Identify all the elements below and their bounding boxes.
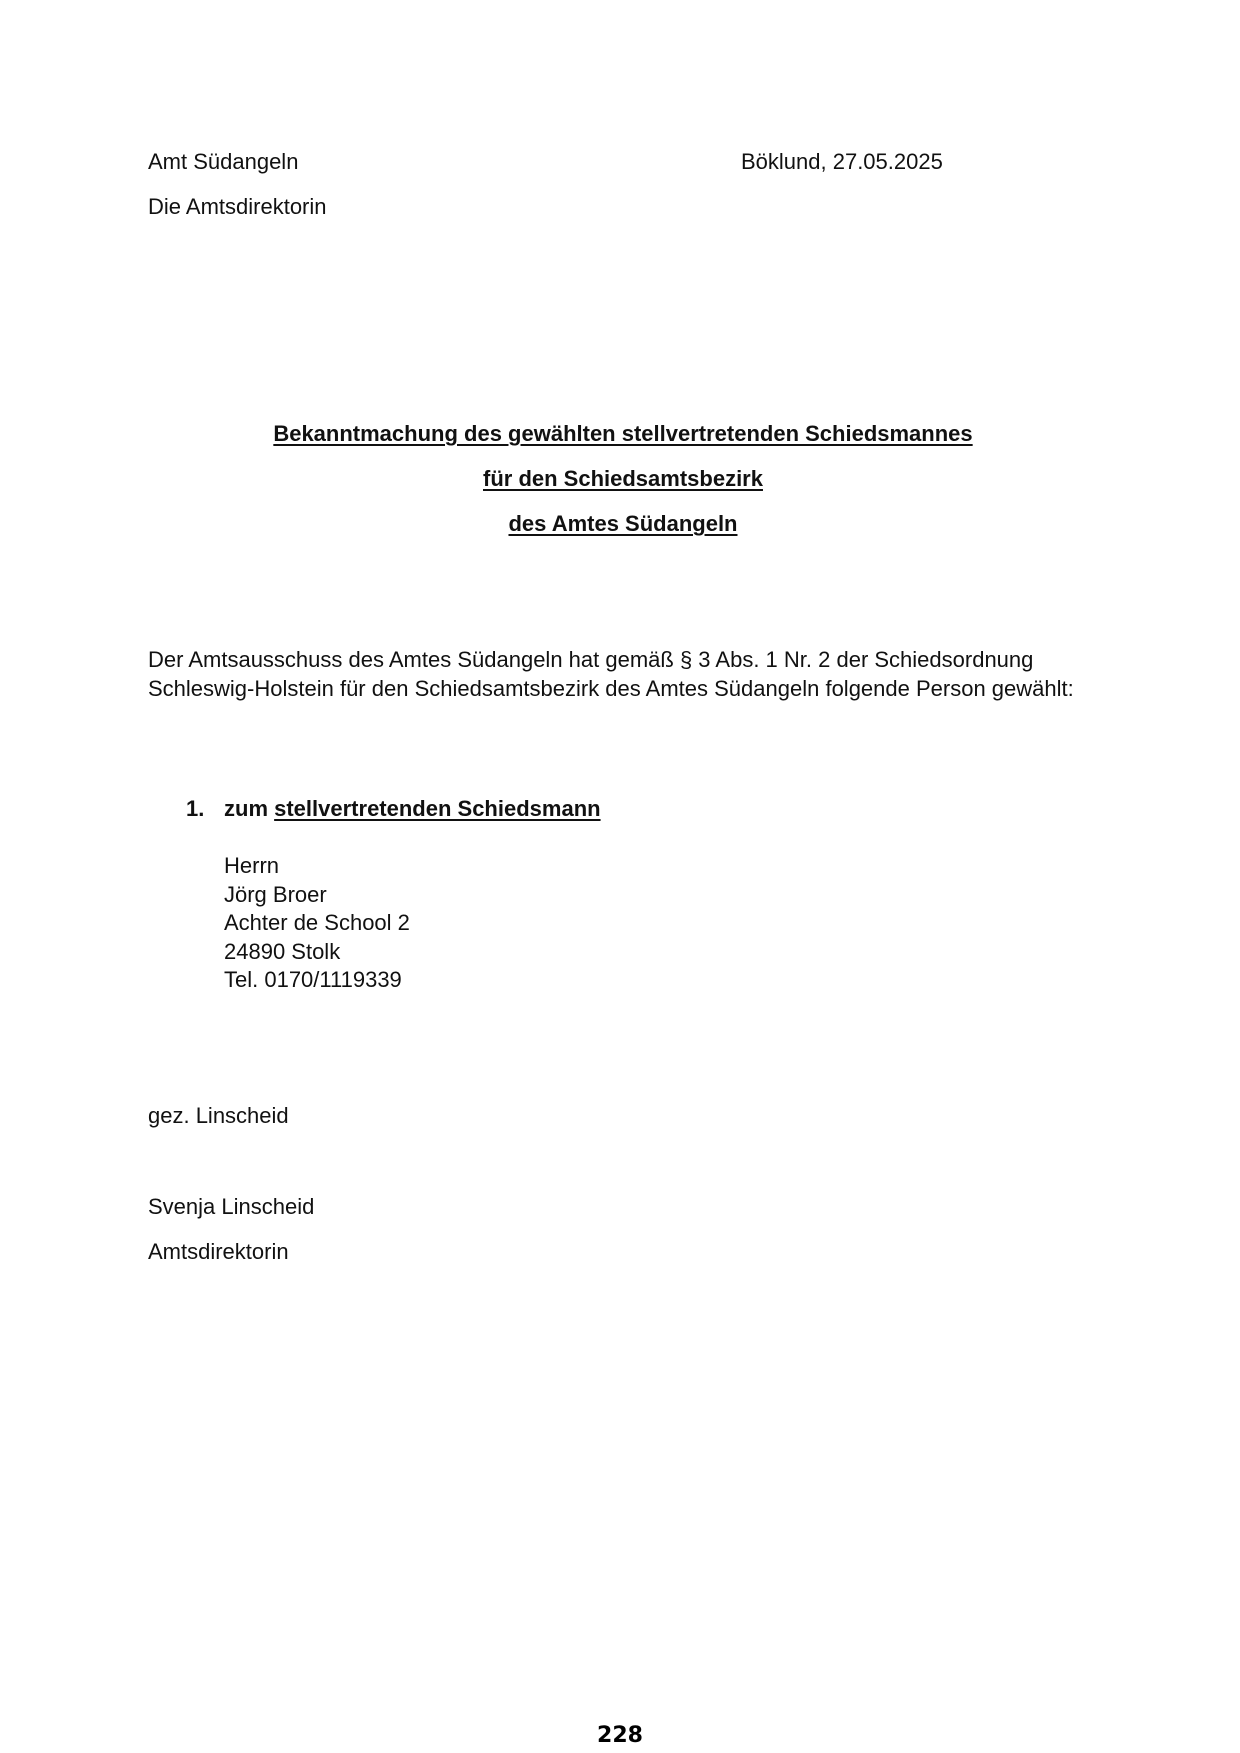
list-item: 1.zum stellvertretenden Schiedsmann xyxy=(186,795,601,823)
organization-name: Amt Südangeln xyxy=(148,148,298,176)
list-item-heading: stellvertretenden Schiedsmann xyxy=(274,796,600,821)
address-street: Achter de School 2 xyxy=(224,909,410,938)
address-name: Jörg Broer xyxy=(224,881,410,910)
signer-name: Svenja Linscheid xyxy=(148,1193,314,1221)
body-paragraph: Der Amtsausschuss des Amtes Südangeln ha… xyxy=(148,646,1108,703)
signer-title: Amtsdirektorin xyxy=(148,1238,289,1266)
title-line-1: Bekanntmachung des gewählten stellvertre… xyxy=(0,420,1240,448)
title-line-3: des Amtes Südangeln xyxy=(0,510,1240,538)
title-line-2: für den Schiedsamtsbezirk xyxy=(0,465,1240,493)
list-item-prefix: zum xyxy=(224,796,274,821)
signature-signed: gez. Linscheid xyxy=(148,1102,289,1130)
address-block: Herrn Jörg Broer Achter de School 2 2489… xyxy=(224,852,410,995)
place-and-date: Böklund, 27.05.2025 xyxy=(741,148,943,176)
organization-role: Die Amtsdirektorin xyxy=(148,193,327,221)
address-phone: Tel. 0170/1119339 xyxy=(224,966,410,995)
address-city: 24890 Stolk xyxy=(224,938,410,967)
page-number: 228 xyxy=(0,1723,1240,1749)
list-item-number: 1. xyxy=(186,795,224,823)
address-salutation: Herrn xyxy=(224,852,410,881)
